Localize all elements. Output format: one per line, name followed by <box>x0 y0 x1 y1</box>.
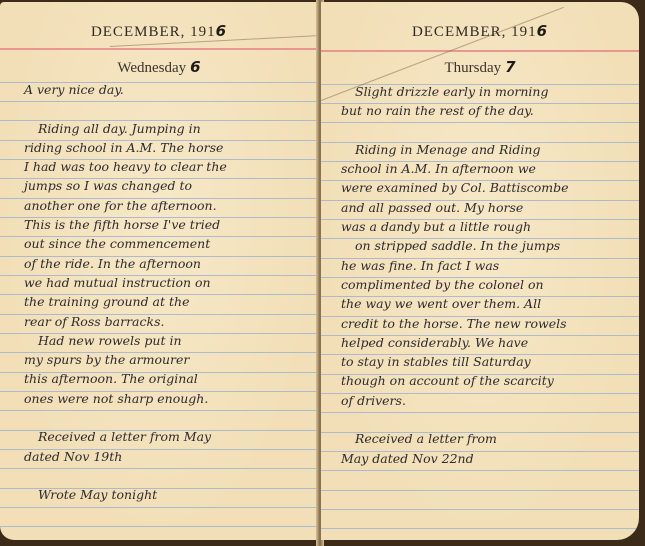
entry-line: jumps so I was changed to <box>24 176 308 195</box>
entry-line: he was fine. In fact I was <box>341 256 629 275</box>
entry-line: rear of Ross barracks. <box>24 312 308 331</box>
entry-line: the way we went over them. All <box>341 294 629 313</box>
ruled-line <box>321 509 639 510</box>
month-header: DECEMBER, 1916 <box>321 22 639 41</box>
entry-line: out since the commencement <box>24 234 308 253</box>
year-handwritten: 6 <box>216 22 227 40</box>
entry-line: I had was too heavy to clear the <box>24 157 308 176</box>
entry-line: on stripped saddle. In the jumps <box>341 236 629 255</box>
entry-line: Received a letter from <box>341 429 629 448</box>
day-name: Wednesday <box>117 60 186 76</box>
header-red-rule <box>321 50 639 52</box>
entry-line: Had new rowels put in <box>24 331 308 350</box>
entry-line: were examined by Col. Battiscombe <box>341 178 629 197</box>
ruled-line <box>321 470 639 471</box>
right-page: DECEMBER, 1916 Thursday7 Slight drizzle … <box>321 2 639 540</box>
entry-line: Riding in Menage and Riding <box>341 140 629 159</box>
diary-spread: DECEMBER, 1916 Wednesday6 A very nice da… <box>0 0 645 546</box>
ruled-line <box>321 490 639 491</box>
entry-line: Received a letter from May <box>24 427 308 446</box>
diary-entry: A very nice day. Riding all day. Jumping… <box>24 80 308 505</box>
entry-line: this afternoon. The original <box>24 369 308 388</box>
entry-line <box>341 410 629 429</box>
entry-line: riding school in A.M. The horse <box>24 138 308 157</box>
entry-line: though on account of the scarcity <box>341 371 629 390</box>
entry-line: This is the fifth horse I've tried <box>24 215 308 234</box>
entry-line: Wrote May tonight <box>24 485 308 504</box>
entry-line: May dated Nov 22nd <box>341 449 629 468</box>
entry-line: school in A.M. In afternoon we <box>341 159 629 178</box>
entry-line: Riding all day. Jumping in <box>24 119 308 138</box>
entry-line: another one for the afternoon. <box>24 196 308 215</box>
entry-line <box>341 121 629 140</box>
entry-line: dated Nov 19th <box>24 447 308 466</box>
entry-line: A very nice day. <box>24 80 308 99</box>
date-handwritten: 7 <box>505 58 515 76</box>
entry-line: but no rain the rest of the day. <box>341 101 629 120</box>
entry-line: we had mutual instruction on <box>24 273 308 292</box>
entry-line: was a dandy but a little rough <box>341 217 629 236</box>
day-name: Thursday <box>444 60 501 76</box>
header-red-rule <box>0 48 318 50</box>
entry-line <box>24 408 308 427</box>
entry-line: ones were not sharp enough. <box>24 389 308 408</box>
ruled-line <box>0 507 318 508</box>
entry-line: of the ride. In the afternoon <box>24 254 308 273</box>
entry-line <box>24 99 308 118</box>
month-header: DECEMBER, 1916 <box>0 22 318 41</box>
year-handwritten: 6 <box>537 22 548 40</box>
left-page: DECEMBER, 1916 Wednesday6 A very nice da… <box>0 2 318 540</box>
entry-line: Slight drizzle early in morning <box>341 82 629 101</box>
entry-line: to stay in stables till Saturday <box>341 352 629 371</box>
day-header: Wednesday6 <box>0 58 318 77</box>
ruled-line <box>321 528 639 529</box>
entry-line: and all passed out. My horse <box>341 198 629 217</box>
date-handwritten: 6 <box>190 58 200 76</box>
entry-line: of drivers. <box>341 391 629 410</box>
day-header: Thursday7 <box>321 58 639 77</box>
entry-line: helped considerably. We have <box>341 333 629 352</box>
entry-line <box>24 466 308 485</box>
ruled-line <box>0 526 318 527</box>
entry-line: complimented by the colonel on <box>341 275 629 294</box>
entry-line: my spurs by the armourer <box>24 350 308 369</box>
entry-line: the training ground at the <box>24 292 308 311</box>
diary-entry: Slight drizzle early in morning but no r… <box>341 82 629 468</box>
entry-line: credit to the horse. The new rowels <box>341 314 629 333</box>
